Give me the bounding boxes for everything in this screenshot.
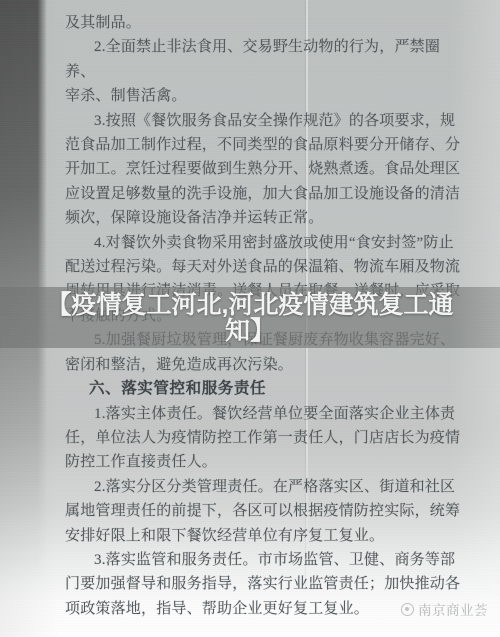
- scanned-document-page: 及其制品。 2.全面禁止非法食用、交易野生动物的行为，严禁圈养、 宰杀、制售活禽…: [0, 0, 500, 637]
- doc-line: 2.全面禁止非法食用、交易野生动物的行为，严禁圈养、: [65, 35, 461, 84]
- doc-line: 范食品加工制作过程，不同类型的食品原料要分开储存、分: [65, 133, 461, 157]
- doc-line: 及其制品。: [65, 11, 461, 35]
- banner-title-line: 知】: [225, 318, 275, 344]
- watermark-text: 南京商业荟: [418, 599, 488, 619]
- doc-line: 安排好限上和限下餐饮经营单位有序复工复业。: [65, 524, 461, 548]
- doc-line: 应设置足够数量的洗手设施，加大食品加工设施设备的清洁: [65, 182, 461, 206]
- doc-line: 4.对餐饮外卖食物采用密封盛放或使用“食安封签”防止: [65, 231, 461, 255]
- doc-line: 门要加强督导和服务指导，落实行业监管责任；加快推动各: [65, 572, 461, 596]
- doc-line: 2.落实分区分类管理责任。在严格落实区、街道和社区: [65, 475, 461, 499]
- doc-line: 开加工。烹饪过程要做到生熟分开、烧熟煮透。食品处理区: [65, 157, 461, 181]
- doc-line: 任，单位法人为疫情防控工作第一责任人，门店店长为疫情: [65, 426, 461, 450]
- title-banner-overlay: 【疫情复工河北,河北疫情建筑复工通 知】: [0, 287, 500, 348]
- doc-line: 3.按照《餐饮服务食品安全操作规范》的各项要求，规: [65, 109, 461, 133]
- doc-line: 属地管理责任的前提下，各区可以根据疫情防控实际，统筹: [65, 499, 461, 523]
- doc-line: 频次，保障设施设备洁净并运转正常。: [65, 206, 461, 230]
- watermark-logo-icon: [401, 603, 414, 616]
- doc-line: 3.落实监管和服务责任。市市场监管、卫健、商务等部: [65, 548, 461, 572]
- doc-line: 配送过程污染。每天对外送食品的保温箱、物流车厢及物流: [65, 255, 461, 279]
- doc-line: 防控工作直接责任人。: [65, 450, 461, 474]
- doc-line: 宰杀、制售活禽。: [65, 84, 461, 108]
- doc-line: 1.落实主体责任。餐饮经营单位要全面落实企业主体责: [65, 402, 461, 426]
- banner-title-line: 【疫情复工河北,河北疫情建筑复工通: [47, 292, 454, 318]
- section-heading: 六、落实管控和服务责任: [65, 377, 461, 401]
- watermark: 南京商业荟: [401, 599, 488, 619]
- doc-line: 密闭和整洁，避免造成再次污染。: [65, 353, 461, 377]
